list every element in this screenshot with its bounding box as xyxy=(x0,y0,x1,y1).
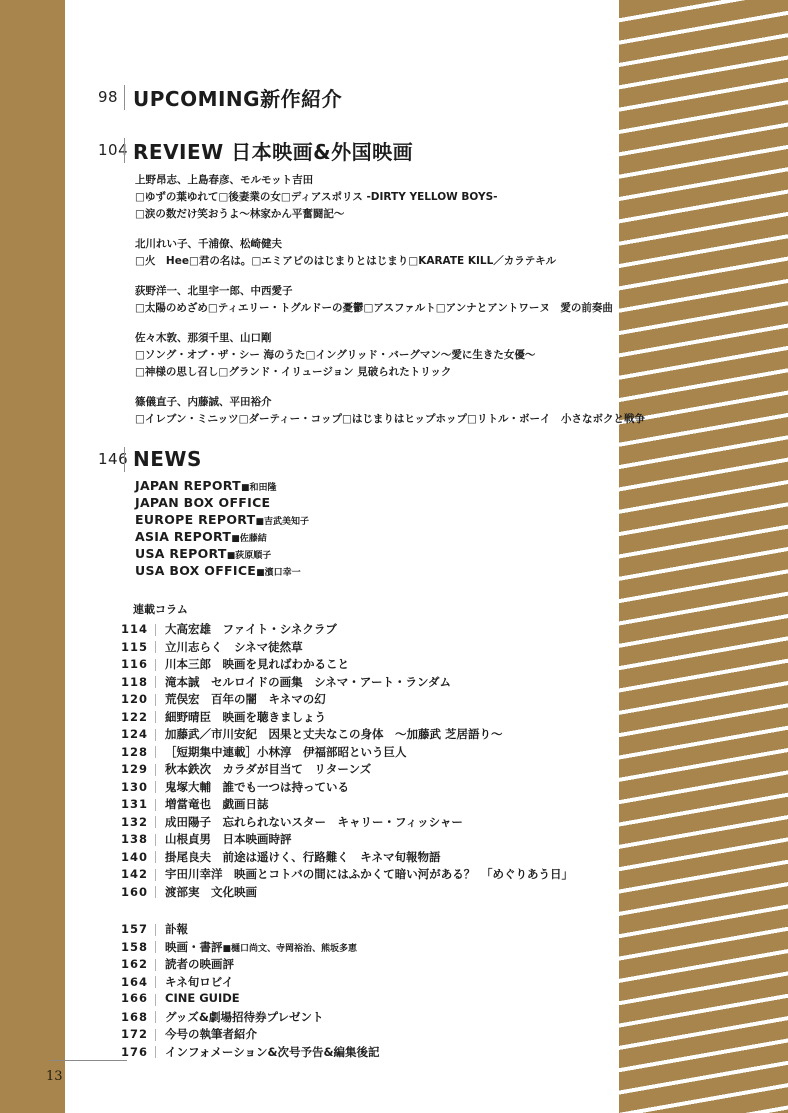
review-block: 篠儀直子、内藤誠、平田裕介 □イレブン・ミニッツ□ダーティー・コップ□はじまりは… xyxy=(135,394,618,428)
news-label: USA REPORT xyxy=(135,546,227,561)
news-byline: ■和田隆 xyxy=(241,480,277,493)
entry-title: 山根貞男 日本映画時評 xyxy=(165,831,292,847)
entry-divider xyxy=(155,924,156,936)
news-byline: ■吉武美知子 xyxy=(255,514,309,527)
entry-page-number: 162 xyxy=(88,957,148,971)
entry-page-number: 157 xyxy=(88,922,148,936)
entry-title: 渡部実 文化映画 xyxy=(165,884,257,900)
review-block: 上野昂志、上島春彦、モルモット吉田 □ゆずの葉ゆれて□後妻業の女□ディアスポリス… xyxy=(135,172,618,223)
news-list: JAPAN REPORT ■和田隆 JAPAN BOX OFFICE EUROP… xyxy=(135,478,618,580)
entry-title: 読者の映画評 xyxy=(165,956,234,972)
entry-divider xyxy=(155,851,156,863)
entry-page-number: 122 xyxy=(88,710,148,724)
entry-title: ［短期集中連載］小林淳 伊福部昭という巨人 xyxy=(165,744,407,760)
news-item: JAPAN BOX OFFICE xyxy=(135,495,618,512)
review-film-line: □ソング・オブ・ザ・シー 海のうた□イングリッド・バーグマン〜愛に生きた女優〜 xyxy=(135,347,618,364)
news-item: USA BOX OFFICE ■濱口幸一 xyxy=(135,563,618,580)
entry-title: 映画・書評 xyxy=(165,939,223,955)
entry-page-number: 140 xyxy=(88,850,148,864)
toc-entry: 124 加藤武／市川安紀 因果と丈夫なこの身体 〜加藤武 芝居語り〜 xyxy=(88,726,618,744)
entry-title: 細野晴臣 映画を聴きましょう xyxy=(165,709,326,725)
entry-page-number: 168 xyxy=(88,1010,148,1024)
entry-title: 秋本鉄次 カラダが目当て リターンズ xyxy=(165,761,371,777)
toc-entry: 129 秋本鉄次 カラダが目当て リターンズ xyxy=(88,761,618,779)
news-item: JAPAN REPORT ■和田隆 xyxy=(135,478,618,495)
diagonal-stripe-band xyxy=(619,0,788,1113)
toc-entry: 128 ［短期集中連載］小林淳 伊福部昭という巨人 xyxy=(88,744,618,762)
heading-upcoming: 98 UPCOMING新作紹介 xyxy=(88,84,618,110)
entry-title: 宇田川幸洋 映画とコトバの間にはふかくて暗い河がある？ 「めぐりあう日」 xyxy=(165,866,573,882)
news-byline: ■荻原順子 xyxy=(227,548,272,561)
review-film-line: □火 Hee□君の名は。□エミアビのはじまりとはじまり□KARATE KILL／… xyxy=(135,253,618,270)
toc-entry: 132 成田陽子 忘れられないスター キャリー・フィッシャー xyxy=(88,814,618,832)
entry-page-number: 115 xyxy=(88,640,148,654)
toc-content: 98 UPCOMING新作紹介 104 REVIEW 日本映画&外国映画 上野昂… xyxy=(88,0,618,1061)
toc-entry: 115 立川志らく シネマ徒然草 xyxy=(88,639,618,657)
news-label: ASIA REPORT xyxy=(135,529,231,544)
toc-entry: 116 川本三郎 映画を見ればわかること xyxy=(88,656,618,674)
entry-title: 滝本誠 セルロイドの画集 シネマ・アート・ランダム xyxy=(165,674,451,690)
entry-divider xyxy=(155,746,156,758)
entry-page-number: 120 xyxy=(88,692,148,706)
review-film-line: □涙の数だけ笑おうよ〜林家かん平奮闘記〜 xyxy=(135,206,618,223)
review-block: 荻野洋一、北里宇一郎、中西愛子 □太陽のめざめ□ティエリー・トグルドーの憂鬱□ア… xyxy=(135,283,618,317)
entry-title: 荒俣宏 百年の闇 キネマの幻 xyxy=(165,691,326,707)
heading-divider xyxy=(124,447,125,472)
toc-entry: 130 鬼塚大輔 誰でも一つは持っている xyxy=(88,779,618,797)
entry-page-number: 131 xyxy=(88,797,148,811)
entry-divider xyxy=(155,994,156,1006)
entry-divider xyxy=(155,764,156,776)
entry-title: 大高宏雄 ファイト・シネクラブ xyxy=(165,621,337,637)
folio-page-number: 13 xyxy=(46,1069,63,1084)
toc-entry: 142 宇田川幸洋 映画とコトバの間にはふかくて暗い河がある？ 「めぐりあう日」 xyxy=(88,866,618,884)
entry-page-number: 114 xyxy=(88,622,148,636)
entry-divider xyxy=(155,676,156,688)
entry-title: グッズ&劇場招待券プレゼント xyxy=(165,1009,324,1025)
entry-divider xyxy=(155,816,156,828)
heading-page-number: 98 xyxy=(98,88,124,106)
entry-page-number: 142 xyxy=(88,867,148,881)
entry-title: 川本三郎 映画を見ればわかること xyxy=(165,656,349,672)
entry-title: 増當竜也 戯画日誌 xyxy=(165,796,269,812)
review-film-line: □ゆずの葉ゆれて□後妻業の女□ディアスポリス -DIRTY YELLOW BOY… xyxy=(135,189,618,206)
heading-title: REVIEW 日本映画&外国映画 xyxy=(133,136,413,165)
entry-page-number: 172 xyxy=(88,1027,148,1041)
toc-entry: 120 荒俣宏 百年の闇 キネマの幻 xyxy=(88,691,618,709)
entry-divider xyxy=(155,711,156,723)
footer-rule xyxy=(50,1060,127,1061)
toc-entry: 140 掛尾良夫 前途は遥けく、行路難く キネマ旬報物語 xyxy=(88,849,618,867)
entry-page-number: 164 xyxy=(88,975,148,989)
misc-list: 157 訃報 158 映画・書評 ■樋口尚文、寺岡裕治、熊坂多恵 162 読者の… xyxy=(88,921,618,1061)
entry-divider xyxy=(155,869,156,881)
toc-entry: 157 訃報 xyxy=(88,921,618,939)
review-authors: 上野昂志、上島春彦、モルモット吉田 xyxy=(135,172,618,189)
review-authors: 佐々木敦、那須千里、山口剛 xyxy=(135,330,618,347)
entry-divider xyxy=(155,941,156,953)
entry-page-number: 166 xyxy=(88,991,148,1005)
review-authors: 篠儀直子、内藤誠、平田裕介 xyxy=(135,394,618,411)
left-accent-bar xyxy=(0,0,65,1113)
toc-entry: 160 渡部実 文化映画 xyxy=(88,884,618,902)
entry-divider xyxy=(155,799,156,811)
toc-entry: 158 映画・書評 ■樋口尚文、寺岡裕治、熊坂多恵 xyxy=(88,939,618,957)
entry-divider xyxy=(155,641,156,653)
entry-divider xyxy=(155,624,156,636)
entry-title: 今号の執筆者紹介 xyxy=(165,1026,257,1042)
entry-title: 立川志らく シネマ徒然草 xyxy=(165,639,303,655)
toc-entry: 172 今号の執筆者紹介 xyxy=(88,1026,618,1044)
entry-divider xyxy=(155,659,156,671)
toc-entry: 122 細野晴臣 映画を聴きましょう xyxy=(88,709,618,727)
entry-divider xyxy=(155,1011,156,1023)
news-label: JAPAN BOX OFFICE xyxy=(135,495,270,510)
review-block: 北川れい子、千浦僚、松崎健夫 □火 Hee□君の名は。□エミアビのはじまりとはじ… xyxy=(135,236,618,270)
entry-page-number: 116 xyxy=(88,657,148,671)
entry-divider xyxy=(155,976,156,988)
entry-page-number: 129 xyxy=(88,762,148,776)
entry-title: キネ旬ロビイ xyxy=(165,974,233,990)
toc-entry: 168 グッズ&劇場招待券プレゼント xyxy=(88,1009,618,1027)
serial-column-label: 連載コラム xyxy=(133,601,618,617)
news-item: EUROPE REPORT ■吉武美知子 xyxy=(135,512,618,529)
news-byline: ■濱口幸一 xyxy=(256,565,301,578)
review-authors: 荻野洋一、北里宇一郎、中西愛子 xyxy=(135,283,618,300)
heading-title: NEWS xyxy=(133,447,202,471)
toc-entry: 138 山根貞男 日本映画時評 xyxy=(88,831,618,849)
review-film-line: □神様の思し召し□グランド・イリュージョン 見破られたトリック xyxy=(135,364,618,381)
entry-page-number: 132 xyxy=(88,815,148,829)
entry-page-number: 124 xyxy=(88,727,148,741)
entry-page-number: 118 xyxy=(88,675,148,689)
entry-divider xyxy=(155,834,156,846)
entry-divider xyxy=(155,781,156,793)
news-label: EUROPE REPORT xyxy=(135,512,255,527)
entry-page-number: 138 xyxy=(88,832,148,846)
review-film-line: □イレブン・ミニッツ□ダーティー・コップ□はじまりはヒップホップ□リトル・ボーイ… xyxy=(135,411,618,428)
heading-divider xyxy=(124,138,125,163)
toc-entry: 131 増當竜也 戯画日誌 xyxy=(88,796,618,814)
heading-review: 104 REVIEW 日本映画&外国映画 xyxy=(88,137,618,163)
heading-title: UPCOMING新作紹介 xyxy=(133,83,342,112)
entry-title: 訃報 xyxy=(165,921,188,937)
entry-title: 掛尾良夫 前途は遥けく、行路難く キネマ旬報物語 xyxy=(165,849,441,865)
entry-page-number: 130 xyxy=(88,780,148,794)
entry-title: 成田陽子 忘れられないスター キャリー・フィッシャー xyxy=(165,814,463,830)
entry-page-number: 176 xyxy=(88,1045,148,1059)
heading-divider xyxy=(124,85,125,110)
entry-divider xyxy=(155,729,156,741)
heading-page-number: 146 xyxy=(98,450,124,468)
entry-title: 鬼塚大輔 誰でも一つは持っている xyxy=(165,779,349,795)
news-item: ASIA REPORT ■佐藤結 xyxy=(135,529,618,546)
news-label: USA BOX OFFICE xyxy=(135,563,256,578)
entry-page-number: 158 xyxy=(88,940,148,954)
review-film-line: □太陽のめざめ□ティエリー・トグルドーの憂鬱□アスファルト□アンナとアントワーヌ… xyxy=(135,300,618,317)
toc-entry: 162 読者の映画評 xyxy=(88,956,618,974)
entry-title: インフォメーション&次号予告&編集後記 xyxy=(165,1044,380,1060)
toc-entry: 166 CINE GUIDE xyxy=(88,991,618,1009)
entry-page-number: 128 xyxy=(88,745,148,759)
entry-page-number: 160 xyxy=(88,885,148,899)
news-item: USA REPORT ■荻原順子 xyxy=(135,546,618,563)
review-authors: 北川れい子、千浦僚、松崎健夫 xyxy=(135,236,618,253)
entry-divider xyxy=(155,886,156,898)
entry-divider xyxy=(155,1029,156,1041)
news-label: JAPAN REPORT xyxy=(135,478,241,493)
serial-column-list: 114 大高宏雄 ファイト・シネクラブ 115 立川志らく シネマ徒然草 116… xyxy=(88,621,618,901)
entry-byline: ■樋口尚文、寺岡裕治、熊坂多恵 xyxy=(223,941,358,954)
entry-divider xyxy=(155,959,156,971)
news-byline: ■佐藤結 xyxy=(231,531,267,544)
toc-entry: 164 キネ旬ロビイ xyxy=(88,974,618,992)
toc-entry: 176 インフォメーション&次号予告&編集後記 xyxy=(88,1044,618,1062)
heading-page-number: 104 xyxy=(98,141,124,159)
entry-divider xyxy=(155,694,156,706)
toc-entry: 114 大高宏雄 ファイト・シネクラブ xyxy=(88,621,618,639)
entry-divider xyxy=(155,1046,156,1058)
toc-entry: 118 滝本誠 セルロイドの画集 シネマ・アート・ランダム xyxy=(88,674,618,692)
entry-title: CINE GUIDE xyxy=(165,991,240,1005)
entry-title: 加藤武／市川安紀 因果と丈夫なこの身体 〜加藤武 芝居語り〜 xyxy=(165,726,503,742)
review-block: 佐々木敦、那須千里、山口剛 □ソング・オブ・ザ・シー 海のうた□イングリッド・バ… xyxy=(135,330,618,381)
heading-news: 146 NEWS xyxy=(88,446,618,472)
